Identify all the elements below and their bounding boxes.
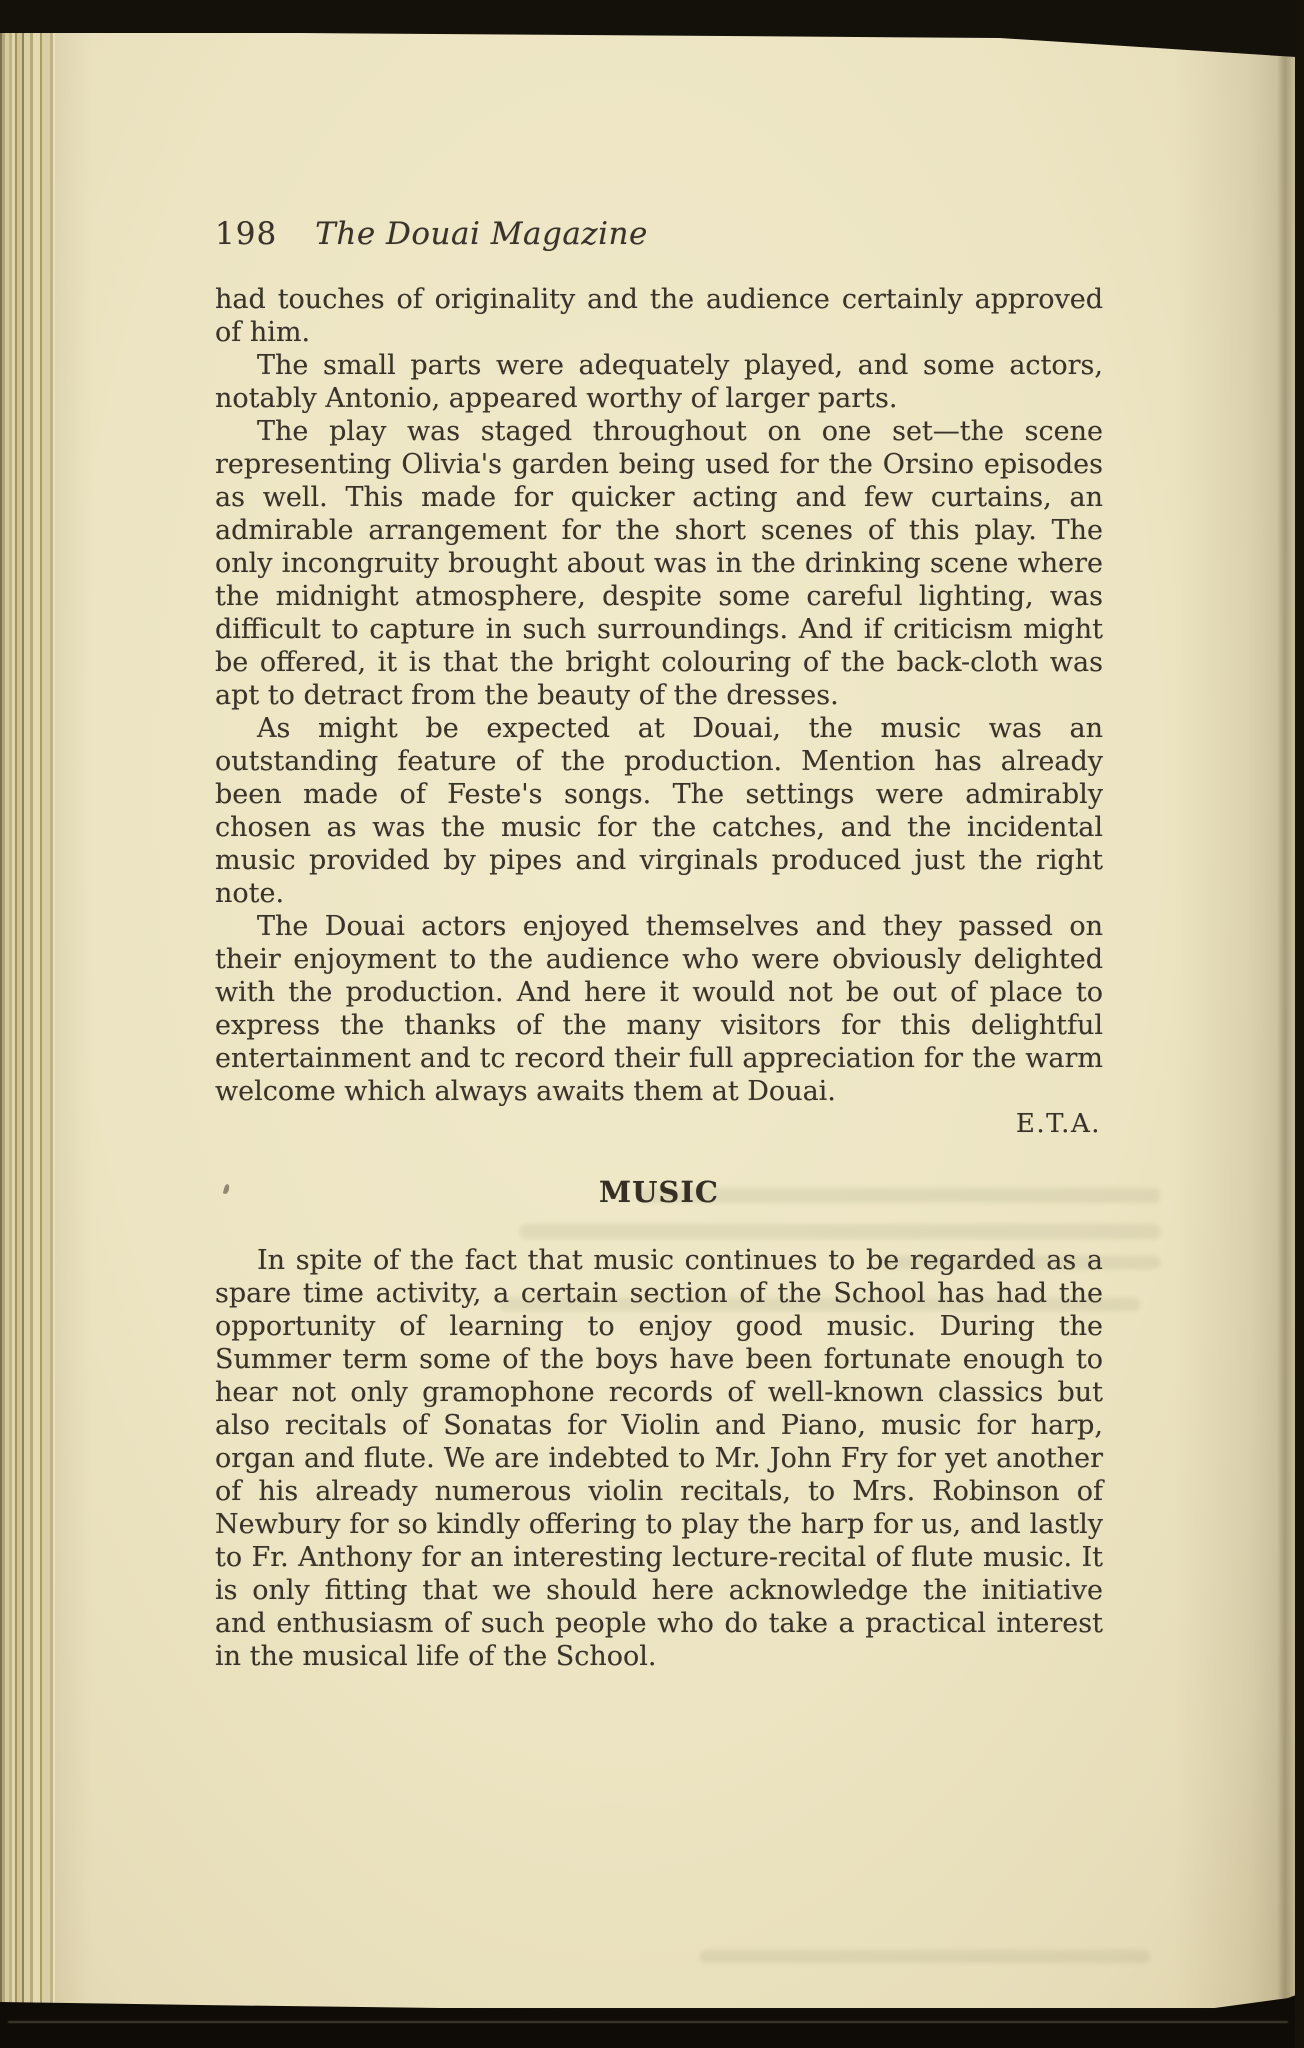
author-initials: E.T.A. bbox=[215, 1108, 1103, 1141]
section-heading-music: MUSIC bbox=[215, 1174, 1103, 1210]
show-through-text bbox=[700, 1950, 1150, 1963]
article-paragraph: The small parts were adequately played, … bbox=[215, 349, 1103, 415]
page-number: 198 bbox=[215, 216, 277, 252]
music-paragraph: In spite of the fact that music continue… bbox=[215, 1244, 1103, 1673]
article-body: had touches of originality and the audie… bbox=[215, 283, 1103, 1673]
lower-page-edge-line bbox=[8, 2021, 1288, 2023]
article-paragraph: The play was staged throughout on one se… bbox=[215, 415, 1103, 712]
book-scan: 198The Douai Magazine had touches of ori… bbox=[0, 0, 1304, 2048]
scan-border-right bbox=[1295, 0, 1304, 2048]
running-header: 198The Douai Magazine bbox=[215, 216, 1105, 252]
article-paragraph: had touches of originality and the audie… bbox=[215, 283, 1103, 349]
article-paragraph: As might be expected at Douai, the music… bbox=[215, 712, 1103, 910]
magazine-title: The Douai Magazine bbox=[315, 216, 648, 252]
article-paragraph: The Douai actors enjoyed themselves and … bbox=[215, 910, 1103, 1108]
magazine-page: 198The Douai Magazine had touches of ori… bbox=[55, 28, 1298, 2008]
page-crease bbox=[1277, 48, 1293, 1998]
